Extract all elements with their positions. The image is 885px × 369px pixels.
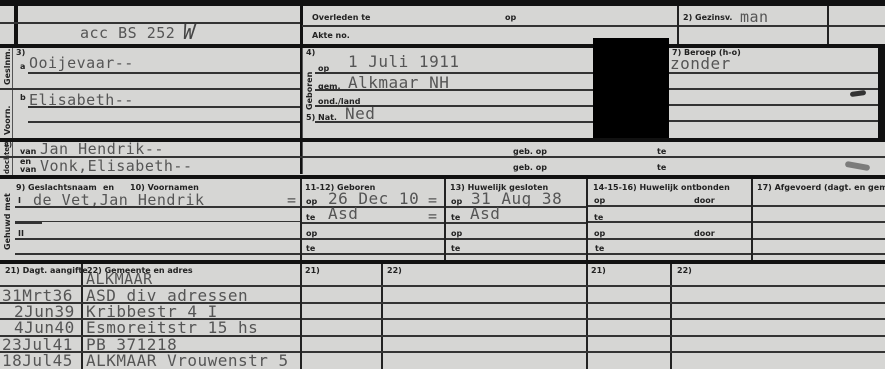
divider <box>302 206 445 208</box>
divider <box>28 72 300 74</box>
divider <box>446 238 586 240</box>
divider <box>15 238 300 240</box>
divider <box>753 238 885 240</box>
givennames-label: b <box>20 93 26 102</box>
birth-date-value: 1 Juli 1911 <box>348 52 459 71</box>
marriage-2-label: II <box>18 229 24 238</box>
givennames-vertical-label: Voorn. <box>3 106 12 135</box>
deceased-label: Overleden te <box>312 13 370 22</box>
divider <box>302 285 885 287</box>
deceased-op-label: op <box>505 13 516 22</box>
spouse2-born-date-label: op <box>306 229 317 238</box>
mother-value: Vonk,Elisabeth-- <box>40 157 193 175</box>
divider <box>446 222 586 224</box>
removed-header: 17) Afgevoerd (dagt. en gem.) <box>757 183 885 192</box>
surname-value: Ooijevaar-- <box>29 54 134 72</box>
divider <box>827 6 829 44</box>
col-21-label: 21) <box>591 266 606 275</box>
divider <box>15 222 42 224</box>
divorce-header: 14-15-16) Huwelijk ontbonden <box>593 183 730 192</box>
marriage-date-label: op <box>451 197 462 206</box>
section-number: 3) <box>16 48 25 57</box>
divider <box>588 238 751 240</box>
col-22-label: 22) <box>387 266 402 275</box>
father-place-label: te <box>657 147 666 156</box>
divider <box>302 335 885 337</box>
section-number: 4) <box>306 48 315 57</box>
divider <box>446 206 586 208</box>
archive-mark: W <box>183 20 196 44</box>
divider <box>315 89 593 91</box>
archive-reference: acc BS 252 <box>80 24 175 42</box>
registration-card: acc BS 252 W Overleden te op Akte no. 2)… <box>0 0 885 369</box>
daughter-vertical-label: dochter <box>3 144 11 175</box>
divorce-date-label: op <box>594 196 605 205</box>
top-border <box>0 0 885 6</box>
divider <box>28 106 300 108</box>
divider <box>669 104 885 106</box>
marriage-place-value: Asd <box>470 204 500 223</box>
address-value: ALKMAAR Vrouwenstr 5 <box>86 351 289 369</box>
married-vertical-label: Gehuwd met <box>3 193 12 250</box>
divider <box>677 6 679 44</box>
divider <box>15 206 300 208</box>
right-edge <box>878 44 885 140</box>
divider <box>15 221 300 222</box>
divorce2-place-label: te <box>595 244 604 253</box>
col-22-label: 22) <box>677 266 692 275</box>
address-date: 18Jul45 <box>2 351 73 369</box>
spouse-born-date-label: op <box>306 197 317 206</box>
divider <box>302 25 885 27</box>
section-border <box>0 260 885 264</box>
section-border <box>0 44 885 48</box>
registration-date-header: 21) Dagt. aangifte <box>5 266 88 275</box>
father-born-label: geb. op <box>513 147 547 156</box>
divider <box>300 179 302 260</box>
divider <box>446 253 586 255</box>
divider <box>81 264 83 369</box>
divider <box>302 302 885 304</box>
spouse2-born-place-label: te <box>306 244 315 253</box>
divider <box>28 121 300 123</box>
divider <box>300 264 302 369</box>
surname-label: a <box>20 62 25 71</box>
divider <box>381 264 383 369</box>
divider <box>588 221 751 223</box>
divider <box>669 72 885 74</box>
divider <box>302 351 885 353</box>
divider <box>586 264 588 369</box>
divider <box>751 179 753 260</box>
mother-label: van <box>20 165 36 174</box>
marriage2-place-label: te <box>451 244 460 253</box>
family-relation-value: man <box>740 8 769 26</box>
divider <box>15 253 300 255</box>
divider <box>586 179 588 260</box>
born-vertical-label: Geboren <box>305 72 314 110</box>
divider <box>670 264 672 369</box>
divorce2-by-label: door <box>694 229 715 238</box>
marriage-1-label: I <box>18 196 21 205</box>
divider <box>444 179 446 260</box>
divorce-by-label: door <box>694 196 715 205</box>
divider <box>0 88 300 90</box>
father-label: van <box>20 147 36 156</box>
family-relation-label: 2) Gezinsv. <box>683 13 732 22</box>
marriage-place-label: te <box>451 213 460 222</box>
ink-smudge <box>845 161 871 171</box>
divider <box>588 205 751 207</box>
marriage2-date-label: op <box>451 229 462 238</box>
redacted-photo <box>593 38 669 138</box>
spouse-born-place-value: Asd <box>328 204 358 223</box>
spouse-born-place-label: te <box>306 213 315 222</box>
mother-place-label: te <box>657 163 666 172</box>
divider <box>669 120 885 122</box>
divider <box>753 221 885 223</box>
divider <box>302 253 445 255</box>
divider <box>315 121 593 123</box>
divider <box>753 253 885 255</box>
surname-vertical-label: Geslnm. <box>3 48 12 85</box>
ink-smudge <box>850 90 867 97</box>
divider <box>302 318 885 320</box>
divider <box>753 205 885 207</box>
col-21-label: 21) <box>305 266 320 275</box>
divider <box>302 222 445 224</box>
divider <box>302 238 445 240</box>
divider <box>669 88 885 90</box>
mother-born-label: geb. op <box>513 163 547 172</box>
divider <box>588 253 751 255</box>
occupation-value: zonder <box>670 54 731 73</box>
divider <box>14 6 18 44</box>
deed-label: Akte no. <box>312 31 350 40</box>
divorce2-date-label: op <box>594 229 605 238</box>
